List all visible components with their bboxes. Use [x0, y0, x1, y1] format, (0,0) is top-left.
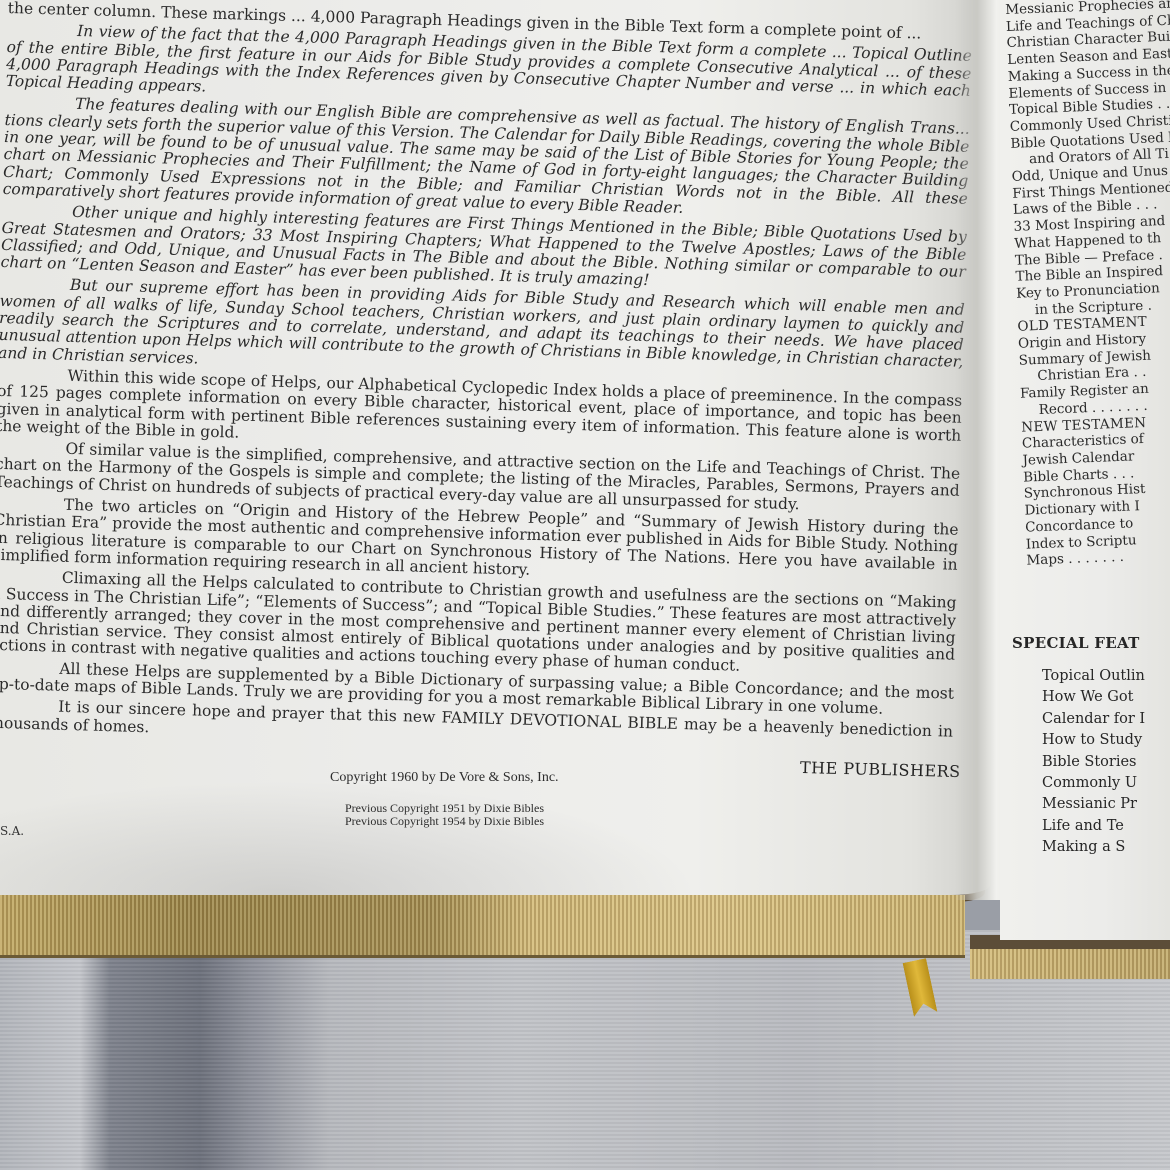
special-feature-item: Messianic Pr — [1042, 794, 1145, 815]
right-page: Messianic Prophecies and T Life and Teac… — [1000, 0, 1170, 940]
left-page: the center column. These markings ... 4,… — [0, 0, 990, 895]
country-fragment: S.A. — [0, 824, 24, 838]
gilt-page-edge-right — [970, 935, 1170, 979]
previous-copyrights: Previous Copyright 1951 by Dixie Bibles … — [345, 802, 544, 828]
copyright-line: Copyright 1960 by De Vore & Sons, Inc. — [330, 770, 559, 786]
preface-text: the center column. These markings ... 4,… — [0, 0, 973, 763]
special-feature-item: Life and Te — [1042, 816, 1145, 837]
special-feature-item: How to Study — [1042, 730, 1145, 751]
special-feature-item: How We Got — [1042, 687, 1145, 708]
special-features-list: Topical Outlin How We Got Calendar for I… — [1042, 666, 1145, 859]
table-of-contents: Messianic Prophecies and T Life and Teac… — [1005, 0, 1170, 569]
special-feature-item: Bible Stories — [1042, 752, 1145, 773]
previous-copyright: Previous Copyright 1954 by Dixie Bibles — [345, 815, 544, 828]
special-features-heading: SPECIAL FEAT — [1012, 634, 1140, 652]
special-feature-item: Calendar for I — [1042, 709, 1145, 730]
gilt-page-edge — [0, 895, 965, 958]
special-feature-item: Commonly U — [1042, 773, 1145, 794]
special-feature-item: Topical Outlin — [1042, 666, 1145, 687]
publisher-signature: THE PUBLISHERS — [800, 758, 961, 781]
special-feature-item: Making a S — [1042, 837, 1145, 858]
